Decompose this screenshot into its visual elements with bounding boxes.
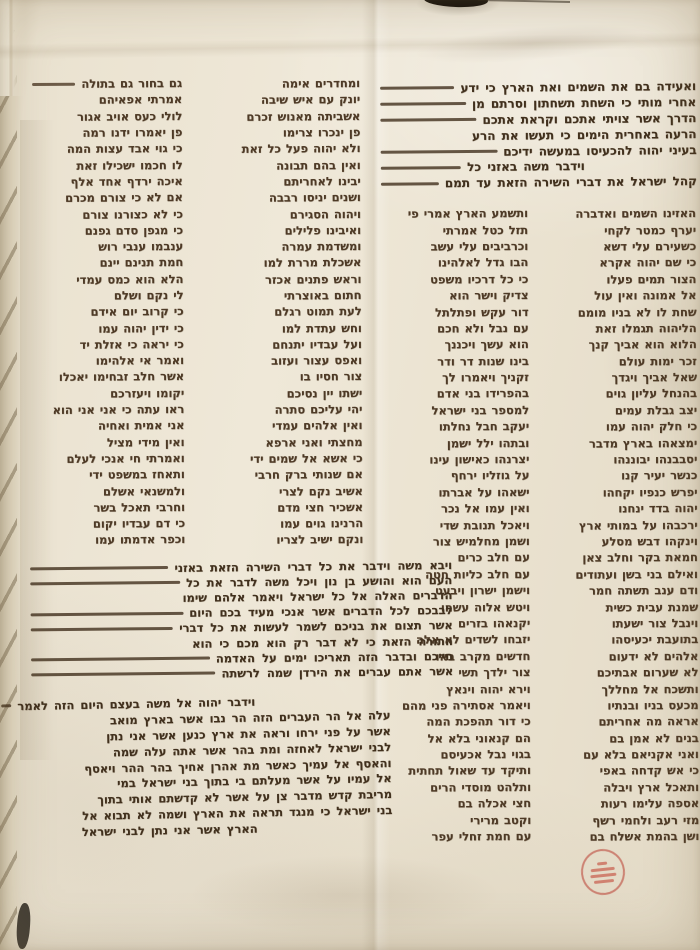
hebrew-text: ואילם בני בשן ועתודים (575, 567, 698, 582)
text-line: שאל אביך ויגדך (541, 369, 697, 386)
text-line: ויאמר אסתירה פני מהם (389, 697, 531, 714)
text-line: ומחדרים אימה (192, 75, 360, 92)
text-line: שמנת עבית כשית (542, 598, 698, 615)
hebrew-text: עם חמת זחלי עפר (432, 829, 532, 844)
text-line: ישתו יין נסיכם (194, 385, 362, 402)
hebrew-text: שחת לו לא בניו מומם (578, 305, 697, 320)
text-line: ימצאהו בארץ מדבר (541, 434, 697, 451)
text-line: יצרנהו כאישון עינו (387, 451, 529, 468)
hebrew-text: ימצאהו בארץ מדבר (589, 436, 697, 451)
hebrew-text: וכפר אדמתו עמו (95, 532, 185, 547)
text-line: ואין בהם תבונה (193, 156, 361, 173)
hebrew-text: ושמן מחלמיש צור (433, 534, 530, 549)
text-line: ואני אקניאם בלא עם (543, 746, 699, 763)
hebrew-text: יבינו לאחריתם (283, 174, 360, 189)
hebrew-text: הוא עשך ויכננך (445, 337, 529, 351)
text-line: ראו עתה כי אני אני הוא (32, 401, 184, 418)
text-line: יהוה בדד ינחנו (542, 500, 698, 517)
hebrew-text: לבבכם לכל הדברים אשר אנכי מעיד בכם היום (189, 603, 452, 620)
hebrew-text: יצב גבלת עמים (615, 403, 697, 417)
hebrew-text: ואמרתי חי אנכי לעלם (66, 451, 184, 466)
hebrew-text: וינבל צור ישעתו (612, 616, 699, 630)
text-line: על גוזליו ירחף (387, 467, 529, 484)
line-filler-dash (32, 82, 75, 85)
text-line: צדיק וישר הוא (386, 287, 528, 304)
text-line: חמת תנינם יינם (31, 254, 183, 271)
line-filler-dash (31, 627, 173, 631)
hebrew-text: ותשכח אל מחללך (601, 682, 698, 697)
hebrew-text: ותיקד עד שאול תחתית (408, 763, 531, 778)
hebrew-text: יצרנהו כאישון עינו (429, 452, 529, 467)
text-line: אמרתי אפאיהם (30, 91, 182, 108)
text-line: ואמרתי חי אנכי לעלם (33, 450, 185, 467)
text-line: מזי רעב ולחמי רשף (543, 811, 699, 828)
hebrew-text: קהל ישראל את דברי השירה הזאת עד תמם (445, 174, 697, 190)
text-line: יצב גבלת עמים (541, 402, 697, 419)
text-line: וכפר אדמתו עמו (33, 531, 185, 548)
text-line: קהל ישראל את דברי השירה הזאת עד תמם (379, 173, 697, 192)
stamp-text-line (594, 878, 614, 883)
hebrew-text: ירכבהו על במותי ארץ (579, 518, 698, 533)
text-line: וירא יהוה וינאץ (388, 680, 530, 697)
hebrew-text: מחצתי ואני ארפא (265, 435, 362, 450)
line-filler-dash (30, 566, 168, 570)
text-line: לי נקם ושלם (31, 287, 183, 304)
text-line: יבינו לאחריתם (193, 173, 361, 190)
hebrew-text: יונק עם איש שיבה (261, 92, 360, 107)
text-line: צור חסיו בו (194, 368, 362, 385)
hebrew-text: כי לא כצורנו צורם (82, 207, 183, 222)
text-line: ואמר אי אלהימו (32, 352, 184, 369)
text-line: בתועבת יכעיסהו (542, 631, 698, 648)
text-line: הצור תמים פעלו (540, 271, 696, 288)
hebrew-text: יעקב חבל נחלתו (439, 419, 529, 433)
text-line: כי אשא אל שמים ידי (195, 450, 363, 467)
text-line: הבו גדל לאלהינו (386, 254, 528, 271)
text-line: כי ידין יהוה עמו (32, 319, 184, 336)
hebrew-text: בהנחל עליון גוים (606, 386, 697, 400)
hebrew-text: זכר ימות עולם (619, 354, 697, 368)
text-line: ומשדמת עמרה (193, 238, 361, 255)
hebrew-text: ובתהו ילל ישמן (447, 436, 529, 450)
text-line: אשביתה מאנוש זכרם (192, 108, 360, 125)
text-line: בהנחל עליון גוים (541, 385, 697, 402)
text-line: לו חכמו ישכילו זאת (31, 156, 183, 173)
text-line: מחצתי ואני ארפא (195, 434, 363, 451)
hebrew-text: ישאהו על אברתו (438, 485, 529, 499)
hebrew-text: כנשר יעיר קנו (621, 468, 697, 482)
stamp-text-line (597, 861, 607, 865)
text-line: הלוא הוא אביך קנך (541, 336, 697, 353)
text-line: ולמשנאי אשלם (33, 482, 185, 499)
hebrew-text: וינקהו דבש מסלע (602, 534, 698, 549)
text-line: וחש עתדת למו (194, 319, 362, 336)
text-line: לולי כעס אויב אגור (30, 108, 182, 125)
hebrew-text: וידבר משה באזני כל (467, 159, 585, 174)
text-line: כי גוי אבד עצות המה (30, 140, 182, 157)
hebrew-text: איכה ירדף אחד אלף (71, 174, 183, 189)
hebrew-text: כי מגפן סדם גפנם (85, 223, 183, 238)
hebrew-text: הלא הוא כמס עמדי (76, 272, 183, 287)
hebrew-text: יפרש כנפיו יקחהו (603, 485, 698, 499)
text-line: כנשר יעיר קנו (541, 467, 697, 484)
text-line: ואין מידי מציל (33, 434, 185, 451)
prose-block-bottom-1: ויבא משה וידבר את כל דברי השירה הזאת באז… (28, 557, 453, 683)
hebrew-text: על גוזליו ירחף (451, 468, 530, 482)
hebrew-text: כשעירם עלי דשא (603, 239, 696, 253)
hebrew-text: אני אמית ואחיה (98, 418, 185, 433)
folio-edge-corner (0, 0, 26, 96)
hebrew-text: כי גוי אבד עצות המה (67, 141, 183, 156)
hebrew-text: הם קנאוני בלא אל (428, 731, 531, 746)
stamp-text-line (591, 866, 615, 871)
hebrew-text: אשכלת מררת למו (264, 255, 362, 270)
hebrew-text: יסבבנהו יבוננהו (613, 452, 697, 466)
text-line: יסבבנהו יבוננהו (541, 451, 697, 468)
text-line: לעת תמוט רגלם (194, 303, 362, 320)
hebrew-text: יהוה בדד ינחנו (618, 501, 697, 515)
text-line: וחרבי תאכל בשר (33, 499, 185, 516)
hebrew-text: בגוי נבל אכעיסם (440, 747, 531, 761)
text-line: כי שם יהוה אקרא (540, 254, 696, 271)
text-line: עם נבל ולא חכם (387, 320, 529, 337)
hebrew-text: ותשמע הארץ אמרי פי (408, 206, 528, 221)
hebrew-text: שמנת עבית כשית (606, 600, 699, 614)
hebrew-text: הרנינו גוים עמו (280, 516, 363, 531)
text-line: כי יראה כי אזלת יד (32, 336, 184, 353)
text-line: וראש פתנים אכזר (193, 271, 361, 288)
text-line: איכה ירדף אחד אלף (31, 173, 183, 190)
hebrew-text: אשר חלב זבחימו יאכלו (59, 369, 184, 384)
hebrew-text: הרעה באחרית הימים כי תעשו את הרע (472, 127, 697, 143)
text-line: הם קנאוני בלא אל (389, 729, 531, 746)
hebrew-text: וכרביבים עלי עשב (431, 239, 529, 254)
hebrew-text: ושנים יניסו רבבה (269, 190, 361, 205)
text-line: זקניך ויאמרו לך (387, 369, 529, 386)
text-line: אני אמית ואחיה (32, 417, 184, 434)
text-line: כי קרוב יום אידם (32, 303, 184, 320)
hebrew-text: שאל אביך ויגדך (612, 370, 697, 384)
hebrew-text: אספה עלימו רעות (601, 796, 699, 811)
prose-block-bottom-2: וידבר יהוה אל משה בעצם היום הזה לאמרעלה … (30, 691, 393, 841)
line-filler-dash (31, 672, 215, 677)
hebrew-text: אשיב נקם לצרי (279, 484, 363, 499)
hebrew-text: כי יראה כי אזלת יד (79, 337, 183, 352)
prose-block-top: ואעידה בם את השמים ואת הארץ כי ידעאחרי מ… (378, 78, 697, 192)
hebrew-text: ואיבינו פלילים (285, 223, 362, 238)
text-line: ויאכל תנובת שדי (388, 516, 530, 533)
hebrew-text: וקטב מרירי (470, 813, 531, 827)
hebrew-text: תזל כטל אמרתי (443, 223, 529, 237)
text-line: כי דם עבדיו יקום (33, 515, 185, 532)
hebrew-text: אחרי מותי כי השחת תשחתון וסרתם מן (472, 95, 696, 111)
hebrew-text: וראש פתנים אכזר (265, 272, 362, 287)
text-line: וינקהו דבש מסלע (542, 533, 698, 550)
text-line: חתום באוצרתי (193, 287, 361, 304)
hebrew-text: התורה הזאת כי לא דבר רק הוא מכם כי הוא (192, 634, 453, 651)
text-line: אשכלת מררת למו (193, 254, 361, 271)
hebrew-text: צור חסיו בו (300, 369, 363, 383)
hebrew-text: הליהוה תגמלו זאת (596, 321, 697, 336)
hebrew-text: חצי אכלה בם (458, 796, 532, 810)
text-line: כי כל דרכיו משפט (386, 271, 528, 288)
hebrew-text: ענבמו ענבי רוש (98, 239, 183, 254)
hebrew-text: ויאכל תנובת שדי (440, 518, 530, 532)
text-line: יעקב חבל נחלתו (387, 418, 529, 435)
line-filler-dash (381, 182, 439, 186)
hebrew-text: עם חלב כרים (457, 550, 529, 564)
line-filler-dash (31, 611, 184, 616)
text-line: כי מגפן סדם גפנם (31, 222, 183, 239)
hebrew-text: הצור תמים פעלו (606, 272, 696, 286)
hebrew-text: אל אמונה ואין עול (594, 288, 696, 303)
hebrew-text: ראו עתה כי אני אני הוא (53, 402, 185, 417)
hebrew-text: כי חלק יהוה עמו (606, 419, 697, 433)
text-line: ותיקד עד שאול תחתית (389, 762, 531, 779)
hebrew-text: ואעידה בם את השמים ואת הארץ כי ידע (460, 79, 696, 95)
hebrew-text: ולא יהוה פעל כל זאת (242, 141, 361, 156)
hebrew-text: ויבא משה וידבר את כל דברי השירה הזאת באז… (174, 558, 452, 575)
text-line: יערף כמטר לקחי (540, 221, 696, 238)
hebrew-text: כי כל דרכיו משפט (430, 272, 528, 287)
parchment-wrinkle (0, 32, 700, 60)
hebrew-text: אם שנותי ברק חרבי (255, 467, 363, 482)
text-line: ענבמו ענבי רוש (31, 238, 183, 255)
song-column-right-outer: האזינו השמים ואדברהיערף כמטר לקחיכשעירם … (540, 205, 699, 845)
text-line: אלהים לא ידעום (542, 648, 698, 665)
text-line: חמאת בקר וחלב צאן (542, 549, 698, 566)
hebrew-text: כי דם עבדיו יקום (93, 516, 185, 531)
top-edge-dark-notch (424, 0, 488, 8)
hebrew-text: מכעס בניו ובנתיו (607, 698, 698, 712)
line-filler-dash (380, 118, 476, 122)
text-line: ותאכל ארץ ויבלה (543, 779, 699, 796)
hebrew-text: גם בחור גם בתולה (81, 76, 182, 91)
text-line: ותלהט מוסדי הרים (389, 779, 531, 796)
hebrew-text: הדרך אשר צויתי אתכם וקראת אתכם (482, 111, 696, 127)
hebrew-text: צדיק וישר הוא (449, 288, 528, 302)
line-filler-dash (380, 102, 466, 106)
text-line: בנים לא אמן בם (543, 729, 699, 746)
text-line: האזינו השמים ואדברה (540, 205, 696, 222)
hebrew-text: חמאת בקר וחלב צאן (582, 550, 698, 565)
hebrew-text: לא שערום אבתיכם (597, 665, 699, 680)
manuscript-page: ואעידה בם את השמים ואת הארץ כי ידעאחרי מ… (0, 0, 700, 950)
edge-stitching (0, 30, 17, 945)
text-line: אראה מה אחריתם (543, 713, 699, 730)
text-line: כי לא כצורנו צורם (31, 205, 183, 222)
text-line: הלא הוא כמס עמדי (31, 271, 183, 288)
hebrew-text: ולמשנאי אשלם (103, 484, 185, 499)
text-line: בגוי נבל אכעיסם (389, 746, 531, 763)
line-filler-dash (381, 166, 461, 170)
hebrew-text: אשביתה מאנוש זכרם (246, 109, 360, 124)
hebrew-text: כי דור תהפכת המה (426, 714, 530, 729)
text-line: ישאהו על אברתו (387, 484, 529, 501)
hebrew-text: ומחדרים אימה (282, 76, 360, 91)
hebrew-text: פן ינכרו צרימו (283, 125, 361, 140)
hebrew-text: בנים לא אמן בם (609, 731, 699, 745)
text-line: ותשכח אל מחללך (542, 680, 698, 697)
text-line: כי דור תהפכת המה (389, 713, 531, 730)
hebrew-text: העם הוא והושע בן נון ויכל משה לדבר את כל (186, 573, 452, 590)
text-line: ואיבינו פלילים (193, 222, 361, 239)
text-line: ושמן מחלמיש צור (388, 533, 530, 550)
hebrew-text: וחרבי תאכל בשר (93, 500, 185, 515)
hebrew-text: חייכם ובדבר הזה תאריכו ימים על האדמה (216, 649, 453, 665)
hebrew-text: אשכיר חצי מדם (277, 500, 363, 515)
text-line: למספר בני ישראל (387, 402, 529, 419)
hebrew-text: אשר תצום את בניכם לשמר לעשות את כל דברי (179, 618, 453, 635)
text-line: אשכיר חצי מדם (195, 499, 363, 516)
hebrew-text: כי שם יהוה אקרא (599, 255, 696, 270)
text-line: פן יאמרו ידנו רמה (30, 124, 182, 141)
hebrew-text: זקניך ויאמרו לך (442, 370, 529, 384)
text-line: ולא יהוה פעל כל זאת (192, 140, 360, 157)
library-stamp (579, 847, 628, 897)
hebrew-text: ותלהט מוסדי הרים (430, 780, 531, 795)
text-line: כי חלק יהוה עמו (541, 418, 697, 435)
hebrew-text: אם לא כי צורם מכרם (65, 190, 183, 205)
text-line: לא שערום אבתיכם (542, 664, 698, 681)
text-line: וקטב מרירי (389, 811, 531, 828)
hebrew-text: ואפס עצור ועזוב (271, 353, 362, 368)
text-line: חצי אכלה בם (389, 795, 531, 812)
text-line: תזל כטל אמרתי (386, 221, 528, 238)
hebrew-text: הלוא הוא אביך קנך (589, 337, 697, 352)
text-line: וכרביבים עלי עשב (386, 238, 528, 255)
text-line: יהי עליכם סתרה (194, 401, 362, 418)
text-line: יונק עם איש שיבה (192, 91, 360, 108)
hebrew-text: וחש עתדת למו (282, 321, 362, 336)
hebrew-text: ועל עבדיו יתנחם (272, 337, 362, 352)
text-line: בינו שנות דר ודר (387, 353, 529, 370)
hebrew-text: ואין עמו אל נכר (441, 501, 530, 515)
hebrew-text: דור עקש ופתלתל (435, 305, 529, 319)
hebrew-text: ויהוה הסגירם (290, 207, 361, 221)
line-filler-dash (381, 150, 498, 154)
hebrew-text: בתועבת יכעיסהו (611, 632, 698, 646)
top-edge-dark-line (478, 0, 570, 3)
text-line: וינבל צור ישעתו (542, 615, 698, 632)
text-line: ואילם בני בשן ועתודים (542, 566, 698, 583)
hebrew-text: ודם ענב תשתה חמר (589, 583, 698, 598)
text-line: זכר ימות עולם (541, 353, 697, 370)
text-line: ותשמע הארץ אמרי פי (386, 205, 528, 222)
hebrew-text: למספר בני ישראל (431, 403, 529, 418)
parchment-wrinkle (378, 5, 681, 83)
text-line: כשעירם עלי דשא (540, 238, 696, 255)
hebrew-text: עם נבל ולא חכם (437, 321, 529, 335)
hebrew-text: ואין אלהים עמדי (272, 418, 363, 433)
hebrew-text: ויאמר אסתירה פני מהם (402, 698, 531, 713)
text-line: ואין אלהים עמדי (194, 417, 362, 434)
text-line: ואפס עצור ועזוב (194, 352, 362, 369)
line-filler-dash (30, 581, 180, 586)
hebrew-text: לעת תמוט רגלם (274, 304, 362, 319)
parchment-wrinkle (130, 845, 560, 945)
text-line: הליהוה תגמלו זאת (541, 320, 697, 337)
hebrew-text: יקומו ויעזרכם (110, 386, 184, 401)
hebrew-text: חתום באוצרתי (284, 288, 362, 303)
text-line: כי אש קדחה באפי (543, 762, 699, 779)
text-line: הוא עשך ויכננך (387, 336, 529, 353)
text-line: ושן בהמת אשלח בם (543, 828, 699, 845)
hebrew-text: כי אש קדחה באפי (600, 763, 699, 778)
text-line: יקומו ויעזרכם (32, 385, 184, 402)
text-line: דור עקש ופתלתל (387, 303, 529, 320)
text-line: יפרש כנפיו יקחהו (541, 484, 697, 501)
hebrew-text: ישתו יין נסיכם (287, 386, 363, 401)
hebrew-text: ונקם ישיב לצריו (276, 532, 363, 547)
text-line: בהפרידו בני אדם (387, 385, 529, 402)
hebrew-text: בהפרידו בני אדם (437, 386, 529, 400)
hebrew-text: חמת תנינם יינם (100, 255, 184, 270)
text-line: עם חמת זחלי עפר (389, 828, 531, 845)
text-line: שחת לו לא בניו מומם (541, 303, 697, 320)
text-line: ובתהו ילל ישמן (387, 434, 529, 451)
hebrew-text: ואני אקניאם בלא עם (583, 747, 699, 762)
hebrew-text: יקנאהו בזרים (458, 616, 530, 630)
text-line: ותאחז במשפט ידי (33, 466, 185, 483)
hebrew-text: אמרתי אפאיהם (99, 92, 183, 107)
stamp-text-line (590, 872, 616, 878)
hebrew-text: ותאחז במשפט ידי (89, 467, 185, 482)
song-column-left-inner: ומחדרים אימהיונק עם איש שיבהאשביתה מאנוש… (192, 75, 363, 549)
line-filler-dash (31, 657, 210, 662)
text-line: פן ינכרו צרימו (192, 124, 360, 141)
text-line: מכעס בניו ובנתיו (543, 697, 699, 714)
hebrew-text: ואין מידי מציל (107, 435, 185, 450)
song-column-right-inner: ותשמע הארץ אמרי פיתזל כטל אמרתיוכרביבים … (386, 205, 531, 845)
song-column-left-outer: גם בחור גם בתולהאמרתי אפאיהםלולי כעס אוי… (30, 75, 185, 549)
text-line: ויהוה הסגירם (193, 205, 361, 222)
hebrew-text: מזי רעב ולחמי רשף (592, 813, 699, 828)
hebrew-text: לי נקם ושלם (114, 288, 184, 302)
text-line: ונקם ישיב לצריו (195, 531, 363, 548)
hebrew-text: אלהים לא ידעום (609, 649, 699, 663)
text-line: גם בחור גם בתולה (30, 75, 182, 92)
line-filler-dash (380, 87, 454, 91)
hebrew-text: ויטש אלוה עשהו (441, 600, 530, 614)
hebrew-text: פן יאמרו ידנו רמה (82, 125, 182, 140)
hebrew-text: אראה מה אחריתם (598, 714, 698, 729)
text-line: אשר חלב זבחימו יאכלו (32, 368, 184, 385)
hebrew-text: ואמר אי אלהימו (96, 353, 184, 368)
hebrew-text: ואין בהם תבונה (276, 158, 361, 173)
text-line: ושנים יניסו רבבה (193, 189, 361, 206)
text-line: ואין עמו אל נכר (388, 500, 530, 517)
text-line: אל אמונה ואין עול (540, 287, 696, 304)
hebrew-text: ותאכל ארץ ויבלה (603, 780, 699, 795)
text-line: אשיב נקם לצרי (195, 482, 363, 499)
hebrew-text: בינו שנות דר ודר (437, 354, 529, 368)
hebrew-text: בעיני יהוה להכעיסו במעשה ידיכם (503, 142, 697, 158)
hebrew-text: אשר אתם עברים את הירדן שמה לרשתה (221, 664, 453, 680)
hebrew-text: כי ידין יהוה עמו (98, 321, 184, 336)
text-line: הרנינו גוים עמו (195, 515, 363, 532)
hebrew-text: יהי עליכם סתרה (275, 402, 363, 417)
hebrew-text: כי קרוב יום אידם (90, 304, 183, 319)
hebrew-text: האזינו השמים ואדברה (575, 206, 696, 221)
hebrew-text: ושן בהמת אשלח בם (590, 829, 700, 844)
hebrew-text: ומשדמת עמרה (281, 239, 361, 254)
text-line: ועל עבדיו יתנחם (194, 336, 362, 353)
text-line: אם לא כי צורם מכרם (31, 189, 183, 206)
hebrew-text: וירא יהוה וינאץ (446, 682, 530, 696)
text-line: ירכבהו על במותי ארץ (542, 516, 698, 533)
hebrew-text: הארץ אשר אני נתן לבני ישראל (82, 822, 258, 839)
